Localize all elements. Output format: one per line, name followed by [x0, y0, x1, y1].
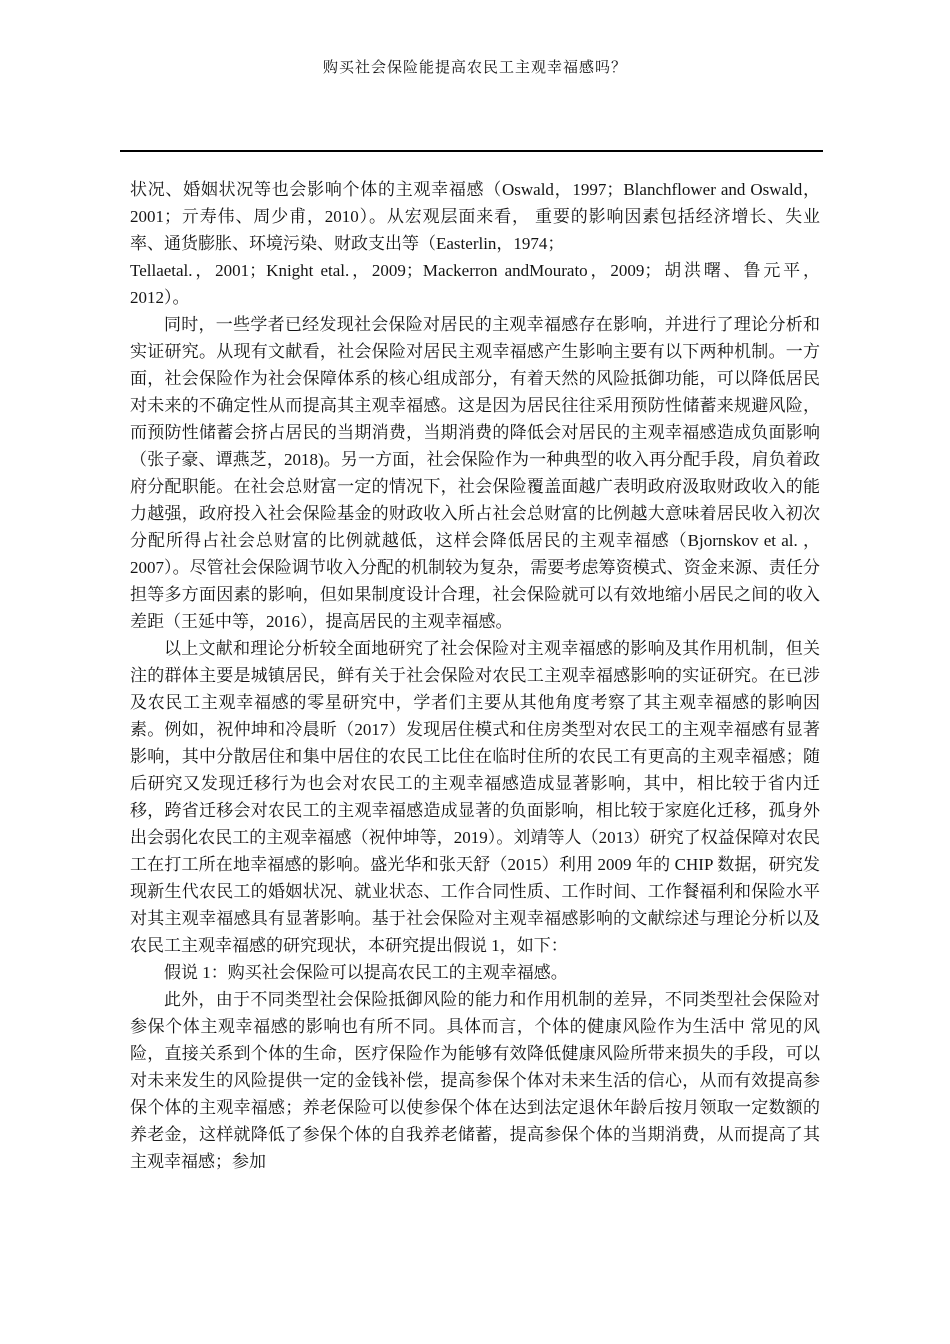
page-title: 购买社会保险能提高农民工主观幸福感吗？ — [0, 58, 950, 78]
paragraph: 以上文献和理论分析较全面地研究了社会保险对主观幸福感的影响及其作用机制，但关注的… — [130, 635, 820, 959]
paragraph: 此外，由于不同类型社会保险抵御风险的能力和作用机制的差异，不同类型社会保险对参保… — [130, 986, 820, 1175]
page-header: 购买社会保险能提高农民工主观幸福感吗？ — [0, 0, 950, 78]
paragraph: 状况、婚姻状况等也会影响个体的主观幸福感（Oswald，1997；Blanchf… — [130, 176, 820, 257]
document-page: 购买社会保险能提高农民工主观幸福感吗？ 状况、婚姻状况等也会影响个体的主观幸福感… — [0, 0, 950, 1344]
paragraph: 同时，一些学者已经发现社会保险对居民的主观幸福感存在影响，并进行了理论分析和实证… — [130, 311, 820, 635]
paragraph: Tellaetal.，2001；Knight etal.，2009；Macker… — [130, 257, 820, 311]
paragraph: 假说 1：购买社会保险可以提高农民工的主观幸福感。 — [130, 959, 820, 986]
document-body: 状况、婚姻状况等也会影响个体的主观幸福感（Oswald，1997；Blanchf… — [130, 176, 820, 1175]
header-divider-line — [120, 150, 823, 152]
